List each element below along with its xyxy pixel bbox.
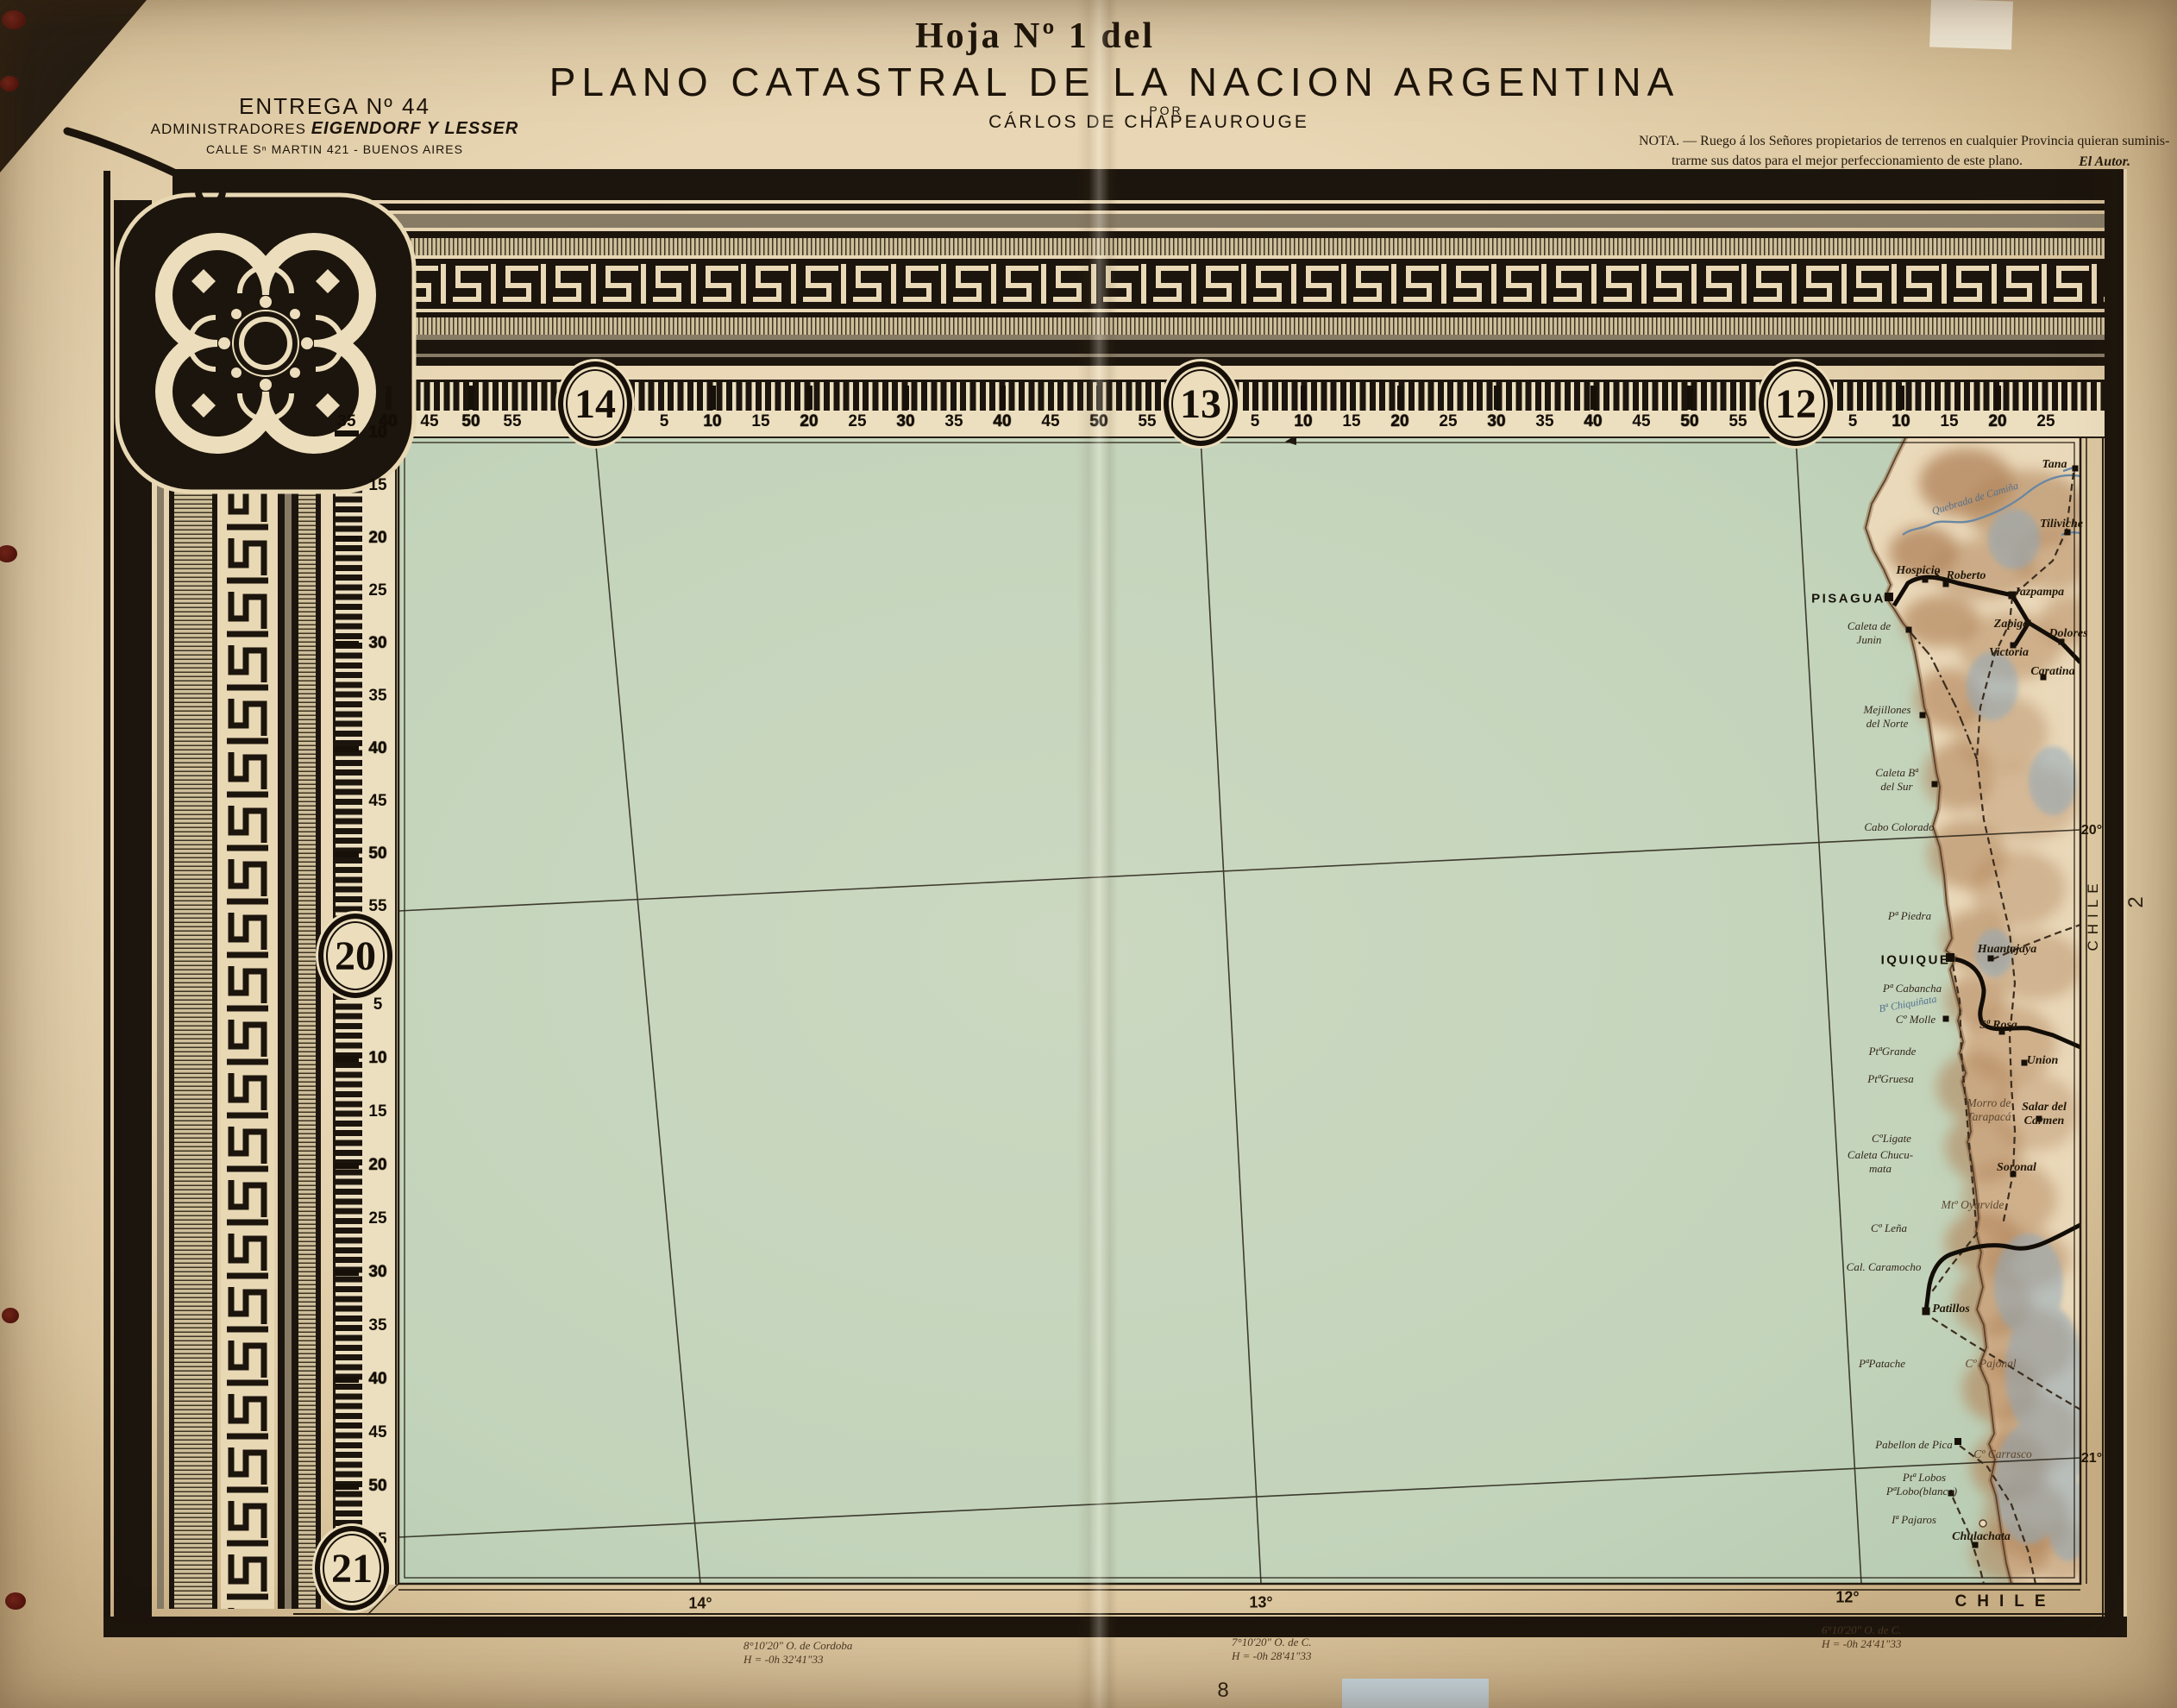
ruler-tick-top: 15	[751, 412, 769, 431]
sheet-number-circle: 12	[1759, 361, 1833, 446]
map-label: Caleta de Junin	[1848, 619, 1891, 647]
map-label: Dolores	[2048, 627, 2087, 641]
ruler-tick-top: 10	[1892, 412, 1910, 431]
ruler-bold-mark	[806, 386, 812, 410]
border-band-left	[278, 479, 285, 1609]
map-label: PªPatache	[1859, 1357, 1905, 1371]
ruler-tick-top: 20	[1988, 412, 2006, 431]
ruler-tick-top: 35	[944, 412, 963, 431]
town-marker	[1954, 1438, 1961, 1445]
ruler-tick-top: 50	[1680, 412, 1698, 431]
ruler-tick-top: 15	[1342, 412, 1360, 431]
ruler-tick-left: 25	[368, 581, 386, 600]
town-marker	[1906, 627, 1912, 633]
ruler-tick-top: 5	[1848, 412, 1858, 431]
ruler-bold-mark	[335, 851, 359, 857]
map-label: Tana	[2042, 458, 2067, 472]
margin-label: 2	[2124, 896, 2149, 907]
ruler-tick-left: 10	[368, 1049, 386, 1068]
ruler-bold-mark	[335, 1377, 359, 1383]
ruler-tick-top: 55	[1728, 412, 1747, 431]
map-label: IQUIQUE	[1881, 953, 1951, 968]
ruler-tick-left: 30	[368, 634, 386, 653]
ruler-left-ticks	[333, 436, 365, 1585]
wax-spot	[2, 10, 26, 29]
border-band-top	[298, 238, 2125, 255]
town-marker	[1923, 1308, 1930, 1316]
map-label: Mtº Oyarvide	[1942, 1198, 2004, 1212]
ruler-tick-left: 15	[368, 1102, 386, 1121]
ruler-bold-mark	[1494, 386, 1500, 410]
ruler-tick-left: 55	[368, 897, 386, 916]
map-label: S. Roberto	[1934, 569, 1986, 583]
margin-label: CHILE	[2085, 877, 2102, 951]
map-label: Cal. Caramocho	[1847, 1260, 1922, 1274]
ruler-tick-left: 50	[368, 1477, 386, 1496]
wax-spot	[5, 1592, 26, 1610]
margin-label: 20°	[2081, 823, 2102, 838]
border-band-left	[174, 479, 212, 1609]
ruler-tick-top: 35	[337, 412, 355, 431]
map-label: Patillos	[1932, 1303, 1970, 1316]
ruler-bold-mark	[903, 386, 909, 410]
ruler-bold-mark	[335, 430, 359, 436]
border-band-left	[157, 479, 164, 1609]
sheet-number-title: Hoja Nº 1 del	[915, 16, 1155, 57]
ruler-tick-top: 45	[420, 412, 438, 431]
sheet-number-circle: 20	[318, 914, 392, 998]
ruler-tick-top: 10	[1294, 412, 1312, 431]
ruler-bold-mark	[335, 1270, 359, 1276]
ruler-bold-mark	[1096, 386, 1102, 410]
map-label: Soronal	[1997, 1161, 2036, 1175]
margin-label: 13°	[1249, 1594, 1272, 1612]
map-label: Cº Pajonal	[1965, 1357, 2016, 1371]
ruler-tick-top: 30	[896, 412, 914, 431]
main-title: PLANO CATASTRAL DE LA NACION ARGENTINA	[549, 59, 1680, 105]
map-label: Ptª Lobos	[1903, 1471, 1946, 1485]
nota-signature: El Autor.	[2079, 152, 2130, 172]
map-label: Cabo Colorado	[1864, 820, 1934, 834]
border-band-left	[212, 479, 217, 1609]
sheet-number-circle: 13	[1164, 361, 1238, 446]
ruler-tick-top: 55	[1138, 412, 1156, 431]
ruler-bold-mark	[335, 641, 359, 647]
ruler-tick-top: 5	[660, 412, 669, 431]
border-band-left	[292, 479, 298, 1609]
map-label: Huantajaya	[1978, 943, 2036, 957]
map-label: Caleta Bª del Sur	[1875, 766, 1917, 794]
author-name: CÁRLOS DE CHAPEAUROUGE	[988, 112, 1309, 133]
islet-pajaros	[1979, 1520, 1986, 1527]
map-label: PtªGrande	[1869, 1045, 1917, 1058]
ruler-bold-mark	[1898, 386, 1904, 410]
ruler-bold-mark	[386, 386, 392, 410]
ruler-tick-left: 10	[368, 424, 386, 443]
map-label: PISAGUA	[1811, 592, 1885, 606]
ruler-tick-left: 25	[368, 1209, 386, 1228]
ruler-tick-top: 10	[703, 412, 721, 431]
town-marker	[1920, 713, 1926, 719]
margin-label: 14°	[688, 1595, 712, 1613]
ruler-tick-left: 35	[368, 1316, 386, 1335]
map-label: PtªGruesa	[1867, 1072, 1913, 1086]
administrators-line: ADMINISTRADORES EIGENDORF Y LESSER	[151, 119, 519, 139]
margin-label: 21°	[2081, 1451, 2102, 1466]
administrators-label: ADMINISTRADORES	[151, 121, 306, 137]
margin-label: CHILE	[1955, 1592, 2056, 1611]
map-label: PªLobo(blanco)	[1886, 1485, 1957, 1498]
ruler-bold-mark	[710, 386, 716, 410]
margin-label: 8	[1217, 1679, 1228, 1703]
meridian-note: 8°10'20" O. de Cordoba H = -0h 32'41"33	[743, 1639, 852, 1667]
town-marker	[2073, 466, 2079, 472]
ruler-tick-left: 20	[368, 529, 386, 548]
ruler-tick-top: 50	[461, 412, 480, 431]
ruler-tick-left: 15	[368, 476, 386, 495]
ruler-tick-left: 45	[368, 1423, 386, 1442]
wax-spot	[2, 1308, 19, 1323]
map-label: Salar del Carmen	[2022, 1101, 2067, 1128]
map-label: Pabellon de Pica	[1875, 1438, 1953, 1452]
ruler-bold-mark	[1590, 386, 1597, 410]
ruler-tick-top: 25	[1439, 412, 1457, 431]
map-label: Mejillones del Norte	[1864, 703, 1911, 731]
ruler-tick-left: 40	[368, 739, 386, 758]
map-label: Pª Piedra	[1888, 909, 1931, 923]
administrators-names: EIGENDORF Y LESSER	[311, 119, 519, 138]
ruler-tick-top: 50	[1089, 412, 1107, 431]
ruler-tick-left: 20	[368, 1156, 386, 1175]
ruler-tick-top: 20	[1390, 412, 1408, 431]
ruler-tick-top: 40	[1584, 412, 1602, 431]
ruler-tick-left: 30	[368, 1263, 386, 1282]
border-band-top	[298, 214, 2125, 228]
ruler-bold-mark	[1000, 386, 1006, 410]
town-marker	[1932, 782, 1938, 788]
ruler-bold-mark	[335, 1163, 359, 1169]
greek-key-band-left	[221, 479, 274, 1609]
border-band-top	[298, 231, 2125, 238]
ruler-bold-mark	[335, 1484, 359, 1490]
map-label: Victoria	[1989, 646, 2029, 660]
border-band-top	[298, 204, 2125, 210]
map-label: Cº Carrasco	[1973, 1447, 2032, 1461]
border-band-left	[285, 479, 292, 1609]
ruler-tick-top: 55	[503, 412, 521, 431]
ruler-bold-mark	[1687, 386, 1693, 410]
ruler-tick-left: 50	[368, 845, 386, 863]
meridian-note: 7°10'20" O. de C. H = -0h 28'41"33	[1232, 1636, 1312, 1663]
border-band-top	[173, 169, 2125, 200]
ruler-tick-top: 25	[2036, 412, 2055, 431]
ruler-bold-mark	[335, 746, 359, 752]
ruler-tick-left: 35	[368, 687, 386, 706]
town-marker	[1943, 1016, 1949, 1022]
ruler-bold-mark	[1397, 386, 1403, 410]
sheet-number-circle: 21	[315, 1526, 389, 1611]
map-label: Cº Molle	[1896, 1013, 1935, 1027]
ruler-tick-top: 45	[1041, 412, 1059, 431]
ruler-tick-top: 45	[1632, 412, 1650, 431]
ruler-tick-top: 5	[1251, 412, 1260, 431]
town-marker	[1885, 593, 1893, 601]
border-band-top	[298, 340, 2125, 354]
ruler-tick-top: 15	[1940, 412, 1958, 431]
margin-label: 12°	[1835, 1589, 1859, 1607]
ruler-tick-top: 35	[1535, 412, 1553, 431]
ruler-tick-left: 45	[368, 792, 386, 811]
greek-key-band-top	[298, 259, 2125, 309]
paper-sticker	[1342, 1679, 1489, 1708]
paper-notch	[1929, 0, 2013, 50]
map-label: Chulachata	[1952, 1530, 2011, 1544]
map-label: Iª Pajaros	[1892, 1513, 1936, 1527]
border-band-left	[298, 479, 316, 1609]
map-label: Cº Leña	[1871, 1221, 1907, 1235]
border-band-left	[316, 479, 321, 1609]
ruler-bold-mark	[335, 536, 359, 542]
map-label: Sª Rosa	[1979, 1019, 2017, 1033]
map-label: Caleta Chucu- mata	[1848, 1148, 1913, 1176]
ruler-bold-mark	[1301, 386, 1307, 410]
nota-line2: trarme sus datos para el mejor perfeccio…	[1672, 154, 2023, 168]
ruler-bold-mark	[335, 1056, 359, 1062]
ruler-bold-mark	[468, 386, 474, 410]
meridian-note: 6°10'20" O. de C. H = -0h 24'41"33	[1822, 1623, 1902, 1651]
ruler-tick-top: 20	[800, 412, 818, 431]
ruler-tick-left: 40	[368, 1370, 386, 1389]
map-label: Caratina	[2030, 665, 2074, 679]
entrega-number: ENTREGA Nº 44	[239, 93, 430, 120]
border-band-top	[298, 317, 2125, 335]
ruler-tick-top: 30	[1487, 412, 1505, 431]
map-label: Tiliviche	[2040, 518, 2083, 531]
nota-block: NOTA. — Ruego á los Señores propietarios…	[1639, 131, 2177, 171]
ruler-tick-top: 25	[848, 412, 866, 431]
map-label: CºLigate	[1872, 1132, 1911, 1146]
map-label: Morro de Tarapacá	[1967, 1096, 2011, 1124]
ruler-tick-left: 5	[373, 995, 383, 1014]
ruler-bold-mark	[1995, 386, 2001, 410]
nota-line1: NOTA. — Ruego á los Señores propietarios…	[1639, 134, 2169, 148]
map-label: Zapiga	[1994, 618, 2029, 631]
wax-spot	[0, 76, 19, 91]
map-label: Jazpampa	[2014, 586, 2064, 600]
sheet-number-circle: 14	[558, 361, 632, 446]
address-line: CALLE Sⁿ MARTIN 421 - BUENOS AIRES	[206, 142, 463, 156]
ruler-tick-top: 40	[993, 412, 1011, 431]
map-label: Union	[2027, 1054, 2059, 1068]
atlas-sheet: Hoja Nº 1 del PLANO CATASTRAL DE LA NACI…	[0, 0, 2177, 1708]
